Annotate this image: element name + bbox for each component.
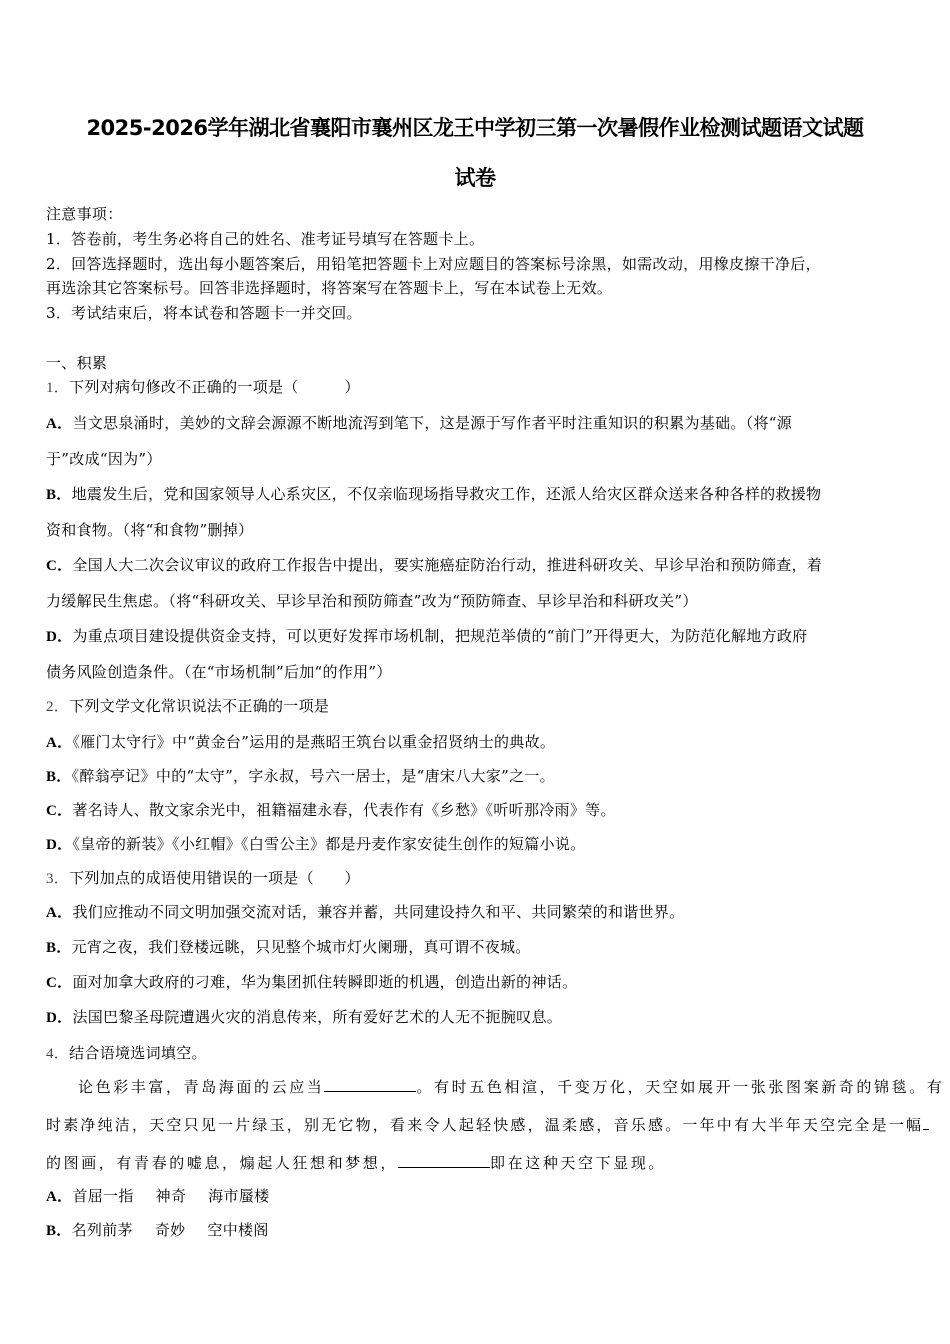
question-1-option-b: B．地震发生后，党和国家领导人心系灾区，不仅亲临现场指导救灾工作，还派人给灾区群… xyxy=(46,483,821,504)
question-2-stem: 2．下列文学文化常识说法不正确的一项是 xyxy=(46,695,329,716)
option-label: C． xyxy=(46,803,72,819)
option-label: D． xyxy=(46,629,72,645)
question-text: 下列文学文化常识说法不正确的一项是 xyxy=(69,697,329,715)
notice-item: 2．回答选择题时，选出每小题答案后，用铅笔把答题卡上对应题目的答案标号涂黑，如需… xyxy=(46,253,821,274)
exam-page: 2025-2026学年湖北省襄阳市襄州区龙王中学初三第一次暑假作业检测试题语文试… xyxy=(0,0,950,1344)
option-text: 为重点项目建设提供资金支持，可以更好发挥市场机制，把规范举债的“前门”开得更大，… xyxy=(72,627,807,645)
question-1-option-a: A．当文思泉涌时，美妙的文辞会源源不断地流泻到笔下，这是源于写作者平时注重知识的… xyxy=(46,412,792,433)
option-text: 地震发生后，党和国家领导人心系灾区，不仅亲临现场指导救灾工作，还派人给灾区群众送… xyxy=(72,485,822,503)
question-2-option-d: D．《皇帝的新装》《小红帽》《白雪公主》都是丹麦作家安徒生创作的短篇小说。 xyxy=(46,833,585,854)
option-label: C． xyxy=(46,558,72,574)
option-word: 神奇 xyxy=(156,1187,187,1205)
option-label: B． xyxy=(46,487,72,503)
question-4-option-a: A．首屈一指神奇海市蜃楼 xyxy=(46,1185,269,1206)
passage-text: 论色彩丰富，青岛海面的云应当 xyxy=(78,1078,324,1096)
passage-text: 的图画，有青春的嘘息，煽起人狂想和梦想， xyxy=(46,1154,398,1172)
notice-item: 3．考试结束后，将本试卷和答题卡一并交回。 xyxy=(46,302,362,323)
option-label: A． xyxy=(46,416,72,432)
question-4-stem: 4．结合语境选词填空。 xyxy=(46,1042,207,1063)
option-word: 空中楼阁 xyxy=(207,1221,268,1239)
question-2-option-a: A．《雁门太守行》中“黄金台”运用的是燕昭王筑台以重金招贤纳士的典故。 xyxy=(46,731,555,752)
option-label: A． xyxy=(46,905,72,921)
option-label: B． xyxy=(46,1223,72,1239)
question-1-option-c: C．全国人大二次会议审议的政府工作报告中提出，要实施癌症防治行动，推进科研攻关、… xyxy=(46,554,822,575)
option-label: A． xyxy=(46,1189,72,1205)
option-label: B． xyxy=(46,940,72,956)
option-text: 面对加拿大政府的刁难，华为集团抓住转瞬即逝的机遇，创造出新的神话。 xyxy=(72,973,577,991)
notice-heading: 注意事项： xyxy=(46,203,123,224)
question-4-passage-line-2: 时素净纯洁，天空只见一片绿玉，别无它物，看来令人起轻快感，温柔感，音乐感。一年中… xyxy=(46,1114,929,1135)
option-text: 元宵之夜，我们登楼远眺，只见整个城市灯火阑珊，真可谓不夜城。 xyxy=(72,938,531,956)
question-text: 下列对病句修改不正确的一项是（ ） xyxy=(69,378,360,396)
option-word: 名列前茅 xyxy=(72,1221,133,1239)
question-number: 2． xyxy=(46,699,69,715)
fill-blank-3[interactable] xyxy=(398,1153,490,1168)
question-text: 下列加点的成语使用错误的一项是（ ） xyxy=(69,869,360,887)
option-text: 《雁门太守行》中“黄金台”运用的是燕昭王筑台以重金招贤纳士的典故。 xyxy=(72,733,555,751)
question-1-option-d: D．为重点项目建设提供资金支持，可以更好发挥市场机制，把规范举债的“前门”开得更… xyxy=(46,625,807,646)
option-text: 我们应推动不同文明加强交流对话，兼容并蓄，共同建设持久和平、共同繁荣的和谐世界。 xyxy=(72,903,684,921)
option-text: 当文思泉涌时，美妙的文辞会源源不断地流泻到笔下，这是源于写作者平时注重知识的积累… xyxy=(72,414,792,432)
question-4-passage-line-3: 的图画，有青春的嘘息，煽起人狂想和梦想，即在这种天空下显现。 xyxy=(46,1152,666,1173)
passage-text: 。有时五色相渲，千变万化，天空如展开一张张图案新奇的锦毯。有 xyxy=(416,1078,944,1096)
option-label: B． xyxy=(46,769,72,785)
question-4-option-b: B．名列前茅奇妙空中楼阁 xyxy=(46,1219,269,1240)
document-title-continued: 试卷 xyxy=(0,162,950,192)
question-2-option-b: B．《醉翁亭记》中的“太守”，字永叔，号六一居士，是“唐宋八大家”之一。 xyxy=(46,765,555,786)
option-word: 首屈一指 xyxy=(72,1187,133,1205)
question-number: 4． xyxy=(46,1046,69,1062)
question-text: 结合语境选词填空。 xyxy=(69,1044,207,1062)
section-heading: 一、积累 xyxy=(46,352,107,373)
notice-item: 再选涂其它答案标号。回答非选择题时，将答案写在答题卡上，写在本试卷上无效。 xyxy=(46,277,612,298)
fill-blank-2[interactable] xyxy=(923,1115,929,1130)
document-title: 2025-2026学年湖北省襄阳市襄州区龙王中学初三第一次暑假作业检测试题语文试… xyxy=(0,112,950,142)
option-word: 海市蜃楼 xyxy=(208,1187,269,1205)
question-1-option-d-cont: 债务风险创造条件。（在“市场机制”后加“的作用”） xyxy=(46,661,392,682)
option-label: C． xyxy=(46,975,72,991)
question-4-passage-line-1: 论色彩丰富，青岛海面的云应当。有时五色相渲，千变万化，天空如展开一张张图案新奇的… xyxy=(78,1076,944,1097)
passage-text: 即在这种天空下显现。 xyxy=(490,1154,666,1172)
question-1-option-c-cont: 力缓解民生焦虑。（将“科研攻关、早诊早治和预防筛查”改为“预防筛查、早诊早治和科… xyxy=(46,590,698,611)
question-3-option-a: A．我们应推动不同文明加强交流对话，兼容并蓄，共同建设持久和平、共同繁荣的和谐世… xyxy=(46,901,684,922)
option-label: A． xyxy=(46,735,72,751)
option-text: 全国人大二次会议审议的政府工作报告中提出，要实施癌症防治行动，推进科研攻关、早诊… xyxy=(72,556,822,574)
question-number: 1． xyxy=(46,380,69,396)
option-label: D． xyxy=(46,837,72,853)
fill-blank-1[interactable] xyxy=(324,1077,416,1092)
question-number: 3． xyxy=(46,871,69,887)
option-text: 《皇帝的新装》《小红帽》《白雪公主》都是丹麦作家安徒生创作的短篇小说。 xyxy=(72,835,585,853)
question-3-stem: 3．下列加点的成语使用错误的一项是（ ） xyxy=(46,867,360,888)
option-word: 奇妙 xyxy=(155,1221,186,1239)
question-3-option-b: B．元宵之夜，我们登楼远眺，只见整个城市灯火阑珊，真可谓不夜城。 xyxy=(46,936,531,957)
option-label: D． xyxy=(46,1010,72,1026)
question-1-option-b-cont: 资和食物。（将“和食物”删掉） xyxy=(46,519,253,540)
question-1-option-a-cont: 于”改成“因为”） xyxy=(46,448,162,469)
option-text: 《醉翁亭记》中的“太守”，字永叔，号六一居士，是“唐宋八大家”之一。 xyxy=(72,767,555,785)
question-2-option-c: C．著名诗人、散文家余光中，祖籍福建永春，代表作有《乡愁》《听听那冷雨》等。 xyxy=(46,799,616,820)
question-3-option-c: C．面对加拿大政府的刁难，华为集团抓住转瞬即逝的机遇，创造出新的神话。 xyxy=(46,971,577,992)
option-text: 法国巴黎圣母院遭遇火灾的消息传来，所有爱好艺术的人无不扼腕叹息。 xyxy=(72,1008,562,1026)
option-text: 著名诗人、散文家余光中，祖籍福建永春，代表作有《乡愁》《听听那冷雨》等。 xyxy=(72,801,615,819)
notice-item: 1．答卷前，考生务必将自己的姓名、准考证号填写在答题卡上。 xyxy=(46,228,484,249)
question-3-option-d: D．法国巴黎圣母院遭遇火灾的消息传来，所有爱好艺术的人无不扼腕叹息。 xyxy=(46,1006,562,1027)
question-1-stem: 1．下列对病句修改不正确的一项是（ ） xyxy=(46,376,360,397)
passage-text: 时素净纯洁，天空只见一片绿玉，别无它物，看来令人起轻快感，温柔感，音乐感。一年中… xyxy=(46,1116,923,1134)
